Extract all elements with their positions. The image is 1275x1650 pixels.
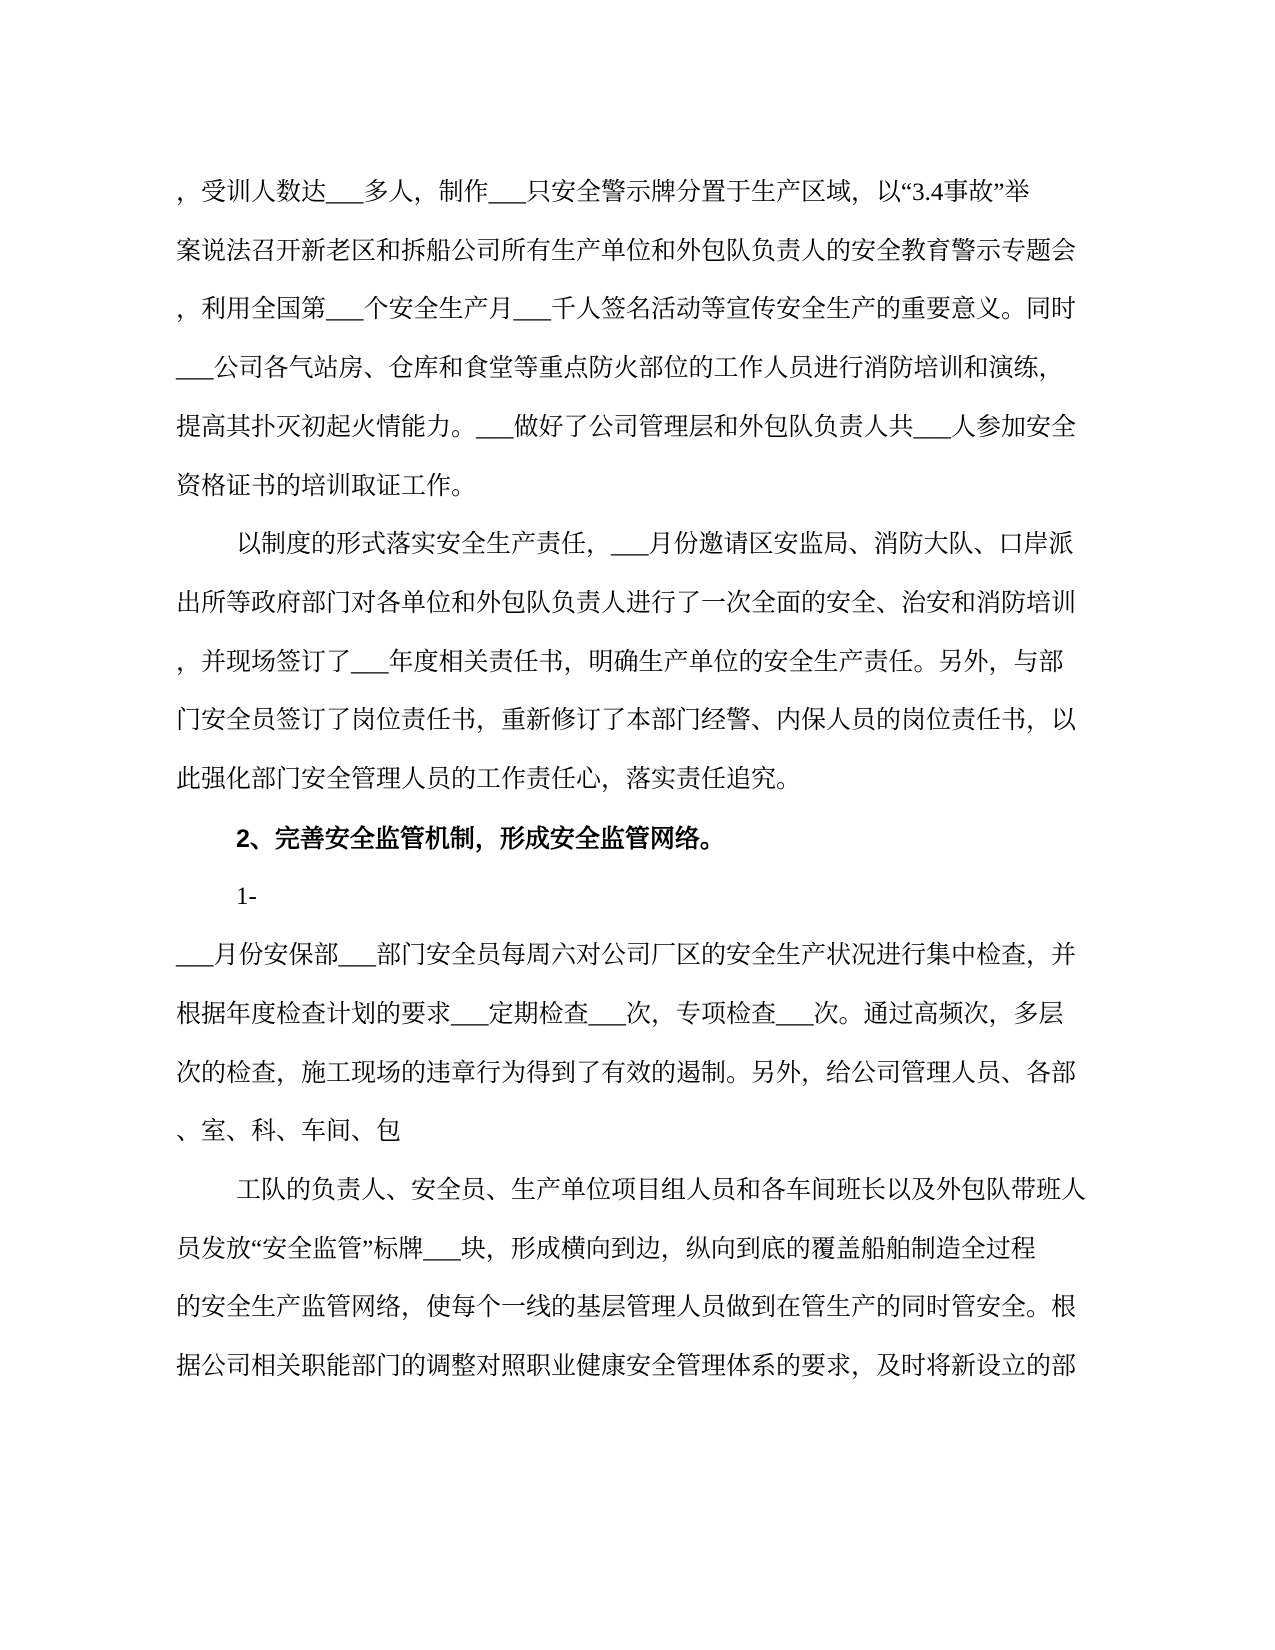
- text-line: 、室、科、车间、包: [176, 1103, 1115, 1162]
- text-line: 以制度的形式落实安全生产责任，___月份邀请区安监局、消防大队、口岸派: [176, 516, 1115, 575]
- text-line: ___月份安保部___部门安全员每周六对公司厂区的安全生产状况进行集中检查，并: [176, 927, 1115, 986]
- text-line: 1-: [176, 868, 1115, 927]
- text-line: 案说法召开新老区和拆船公司所有生产单位和外包队负责人的安全教育警示专题会: [176, 223, 1115, 282]
- text-line: 的安全生产监管网络，使每个一线的基层管理人员做到在管生产的同时管安全。根: [176, 1279, 1115, 1338]
- text-line: 次的检查，施工现场的违章行为得到了有效的遏制。另外，给公司管理人员、各部: [176, 1045, 1115, 1104]
- text-line: 工队的负责人、安全员、生产单位项目组人员和各车间班长以及外包队带班人: [176, 1162, 1115, 1221]
- text-line: 提高其扑灭初起火情能力。___做好了公司管理层和外包队负责人共___人参加安全: [176, 399, 1115, 458]
- text-line: 员发放“安全监管”标牌___块，形成横向到边，纵向到底的覆盖船舶制造全过程: [176, 1221, 1115, 1280]
- text-line: 出所等政府部门对各单位和外包队负责人进行了一次全面的安全、治安和消防培训: [176, 575, 1115, 634]
- text-line: 根据年度检查计划的要求___定期检查___次，专项检查___次。通过高频次，多层: [176, 986, 1115, 1045]
- text-line: 门安全员签订了岗位责任书，重新修订了本部门经警、内保人员的岗位责任书，以: [176, 692, 1115, 751]
- text-line: 资格证书的培训取证工作。: [176, 458, 1115, 517]
- text-line: ___公司各气站房、仓库和食堂等重点防火部位的工作人员进行消防培训和演练，: [176, 340, 1115, 399]
- document-body: ，受训人数达___多人，制作___只安全警示牌分置于生产区域，以“3.4事故”举…: [176, 164, 1115, 1397]
- text-line: 据公司相关职能部门的调整对照职业健康安全管理体系的要求，及时将新设立的部: [176, 1338, 1115, 1397]
- section-heading: 2、完善安全监管机制，形成安全监管网络。: [176, 810, 1115, 869]
- document-page: ，受训人数达___多人，制作___只安全警示牌分置于生产区域，以“3.4事故”举…: [0, 0, 1275, 1650]
- text-line: 此强化部门安全管理人员的工作责任心，落实责任追究。: [176, 751, 1115, 810]
- text-line: ，利用全国第___个安全生产月___千人签名活动等宣传安全生产的重要意义。同时: [176, 281, 1115, 340]
- text-line: ，并现场签订了___年度相关责任书，明确生产单位的安全生产责任。另外，与部: [176, 634, 1115, 693]
- text-line: ，受训人数达___多人，制作___只安全警示牌分置于生产区域，以“3.4事故”举: [176, 164, 1115, 223]
